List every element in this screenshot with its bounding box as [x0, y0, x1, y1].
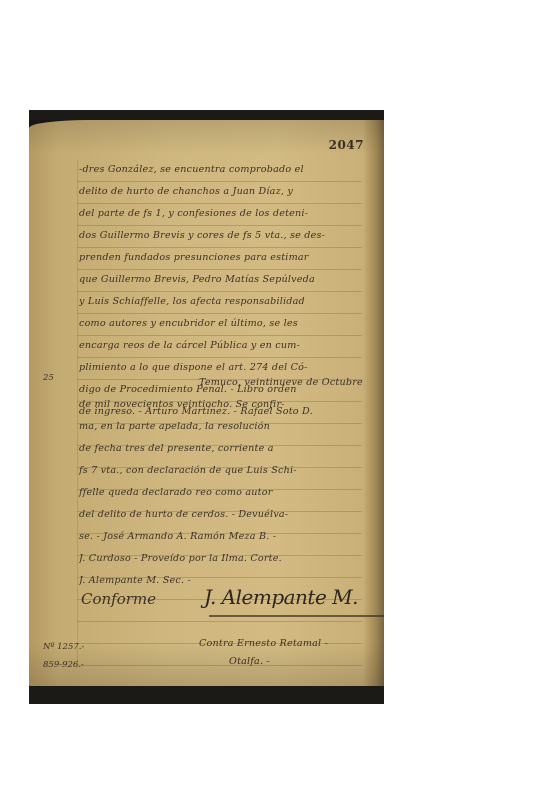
signature-underline: [209, 615, 384, 617]
case-heading-2: Otalfa. -: [229, 652, 329, 672]
margin-rule: [77, 160, 78, 668]
text-line: Temuco, veintinueve de Octubre: [79, 373, 364, 393]
text-line: -dres González, se encuentra comprobado …: [79, 160, 364, 180]
text-line: J. Curdoso - Proveído por la Ilma. Corte…: [79, 549, 364, 569]
conforme-text: Conforme: [81, 590, 156, 608]
text-line: delito de hurto de chanchos a Juan Díaz,…: [79, 182, 364, 202]
text-line: encarga reos de la cárcel Pública y en c…: [79, 336, 364, 356]
case-heading: Contra Ernesto Retamal -: [199, 634, 359, 654]
text-line: de mil novecientos veintiocho. Se confir…: [79, 395, 364, 415]
folio-number: 2047: [329, 138, 364, 152]
text-line: [79, 760, 364, 780]
judge-signature: J. Alempante M.: [204, 585, 358, 609]
text-line: fs 7 vta., con declaración de que Luis S…: [79, 461, 364, 481]
margin-note-entry-number: 25: [43, 373, 54, 383]
text-line: como autores y encubridor el último, se …: [79, 314, 364, 334]
text-line: del delito de hurto de cerdos. - Devuélv…: [79, 505, 364, 525]
text-line: que Guillermo Brevis, Pedro Matías Sepúl…: [79, 270, 364, 290]
text-line: ffelle queda declarado reo como autor: [79, 483, 364, 503]
text-line: ma, en la parte apelada, la resolución: [79, 417, 364, 437]
margin-note-page-range: 859-926.-: [43, 660, 84, 670]
text-line: y Luis Schiaffelle, los afecta responsab…: [79, 292, 364, 312]
margin-note-case-number: Nº 1257.-: [43, 642, 84, 652]
text-line: dos Guillermo Brevis y cores de fs 5 vta…: [79, 226, 364, 246]
register-page: 2047 -dres González, se encuentra compro…: [29, 120, 384, 688]
document-scan: 2047 -dres González, se encuentra compro…: [29, 110, 384, 704]
ruled-line: [77, 621, 362, 622]
text-line: del parte de fs 1, y confesiones de los …: [79, 204, 364, 224]
text-line: prenden fundados presunciones para estim…: [79, 248, 364, 268]
scan-border-bottom: [29, 686, 384, 704]
text-line: se. - José Armando A. Ramón Meza B. -: [79, 527, 364, 547]
text-line: de fecha tres del presente, corriente a: [79, 439, 364, 459]
